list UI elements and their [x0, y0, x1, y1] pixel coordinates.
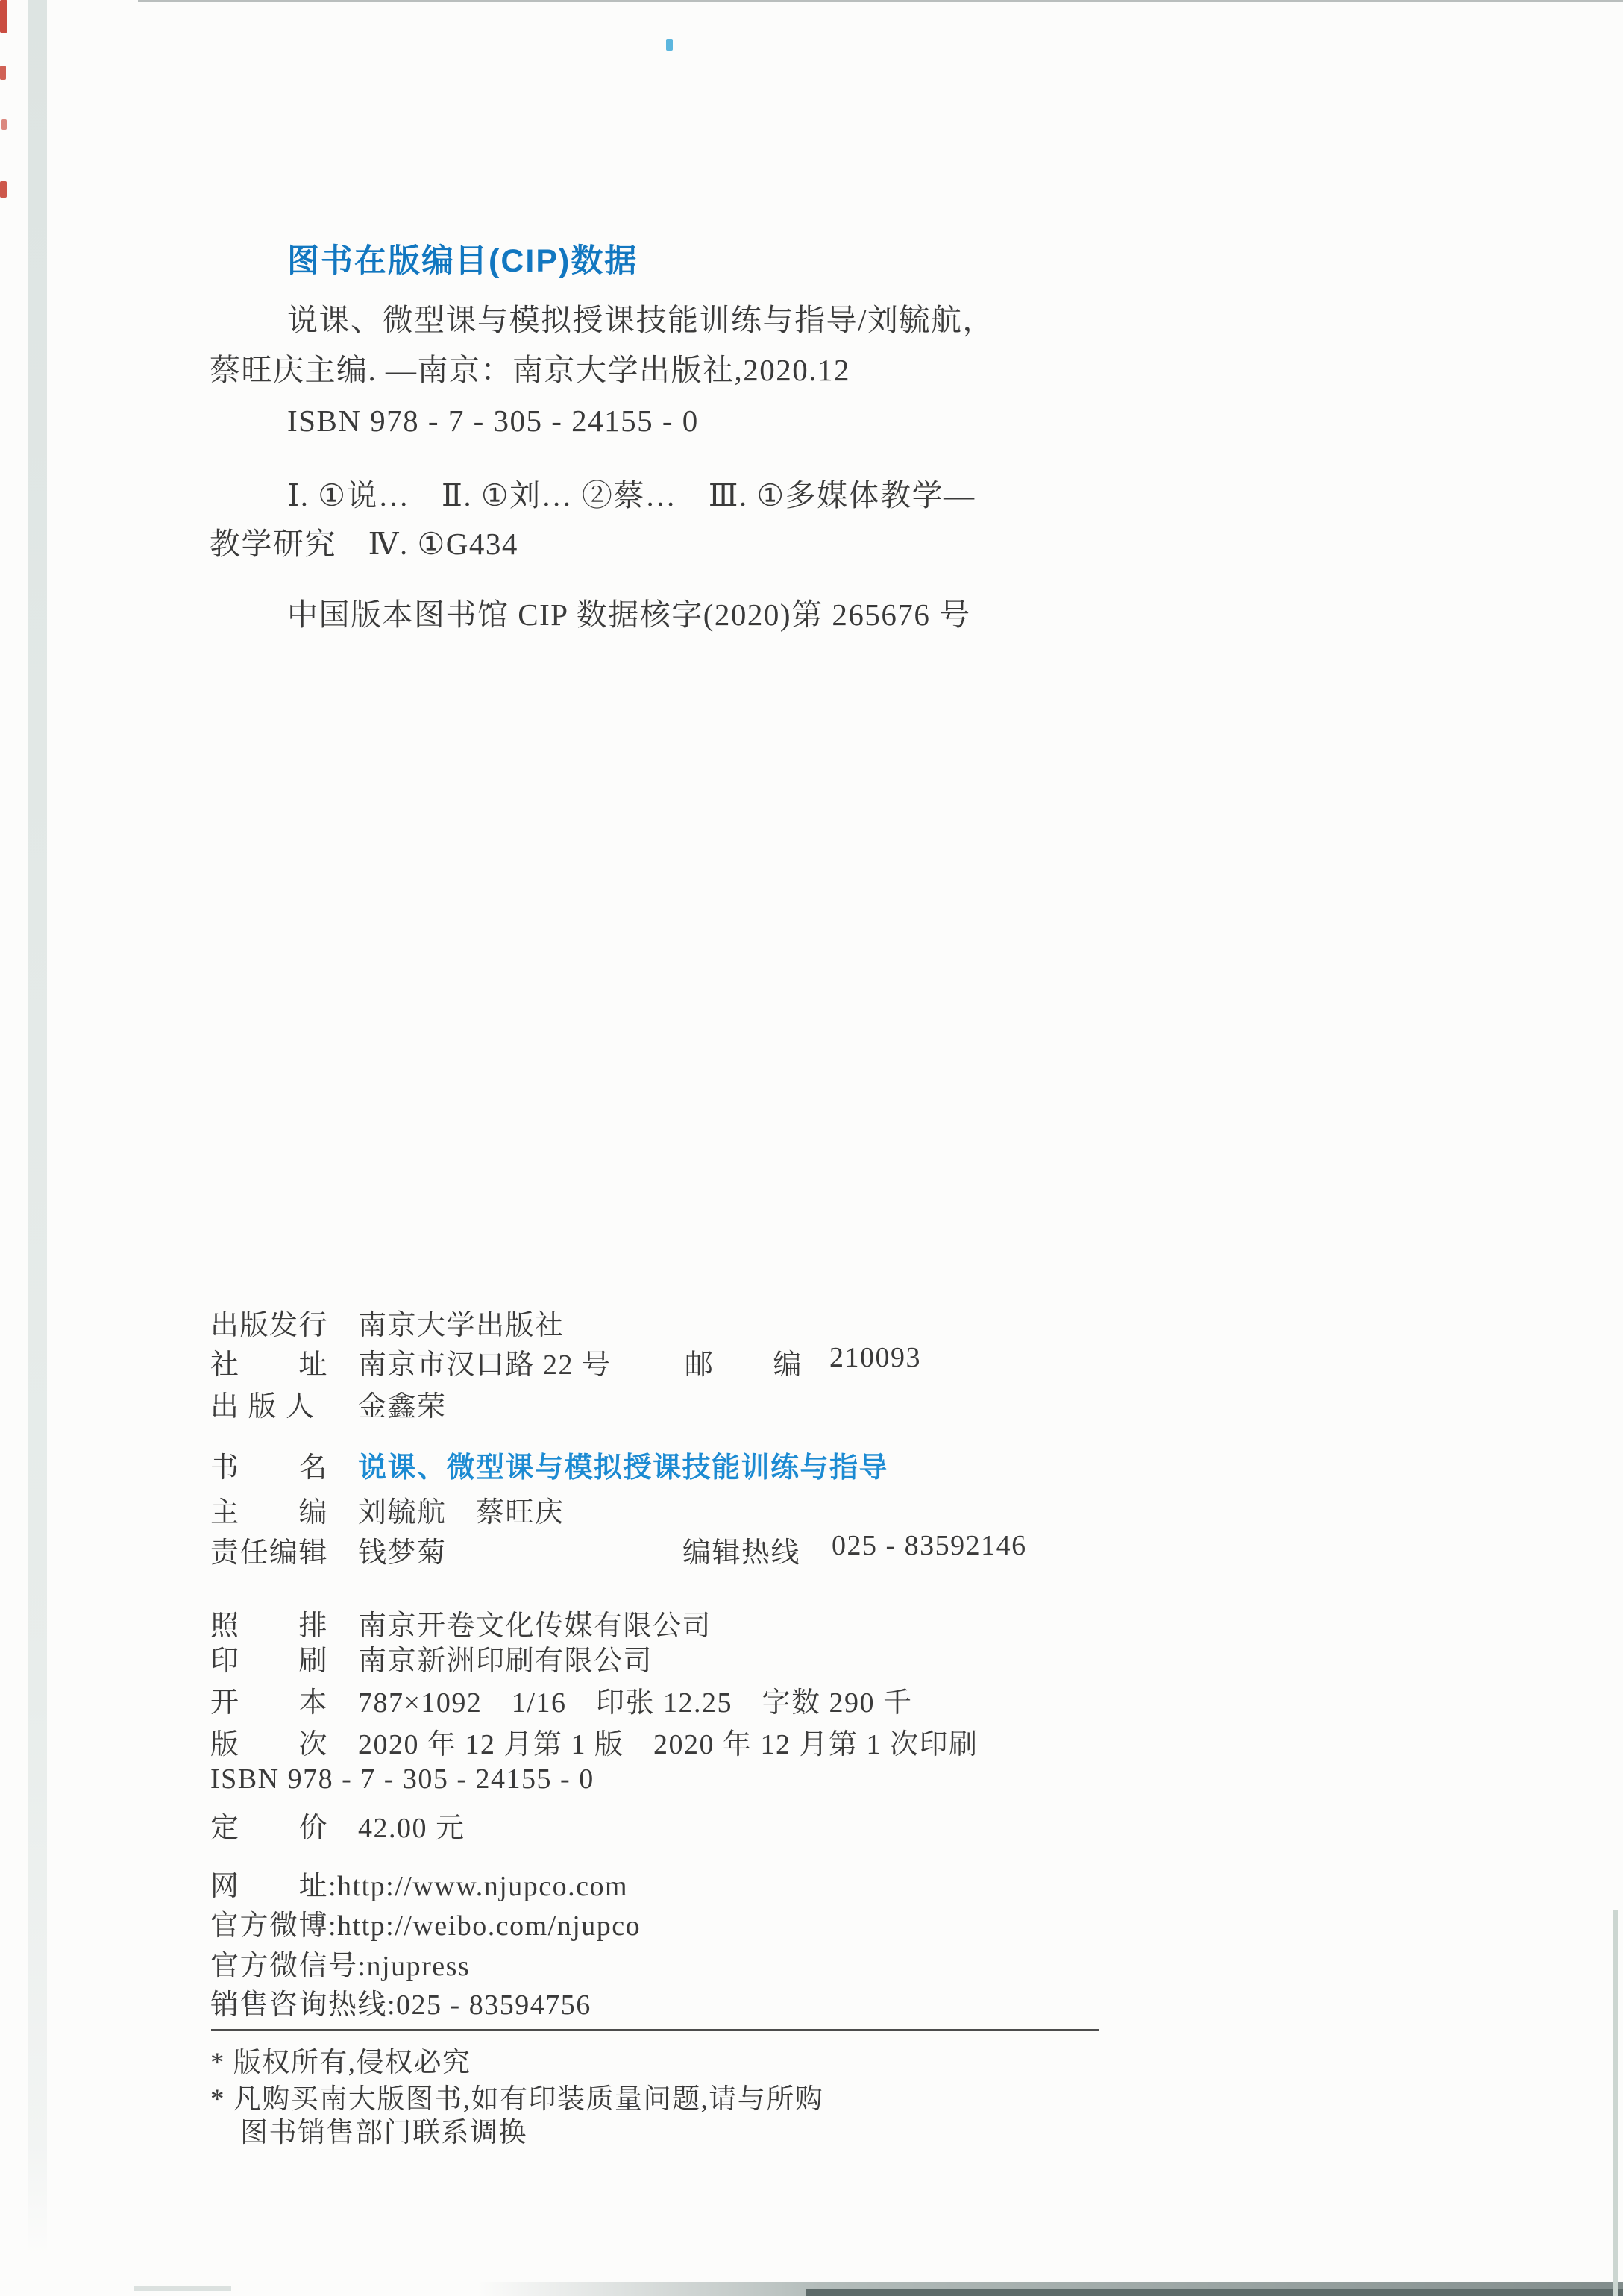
website-line: 网 址:http://www.njupco.com [210, 1871, 628, 1904]
cip-description-line2: 蔡旺庆主编. —南京：南京大学出版社,2020.12 [210, 353, 850, 388]
editor-hotline-value: 025 - 83592146 [832, 1529, 1027, 1562]
scan-edge-bottom-dark-band [806, 2289, 1623, 2296]
publisher-person-label: 出 版 人 [210, 1383, 316, 1424]
colophon-row-printing: 印 刷 南京新洲印刷有限公司 [0, 1637, 1623, 1675]
colophon-row-book-title: 书 名 说课、微型课与模拟授课技能训练与指导 [0, 1444, 1623, 1481]
colophon-row-publisher: 出版发行 南京大学出版社 [0, 1302, 1623, 1339]
cip-description-line1: 说课、微型课与模拟授课技能训练与指导/刘毓航， [287, 303, 994, 338]
wechat-line: 官方微信号:njupress [210, 1951, 470, 1983]
divider-rule [211, 2029, 1099, 2031]
price-label: 定 价 [210, 1804, 328, 1845]
colophon-isbn: ISBN 978 - 7 - 305 - 24155 - 0 [210, 1763, 594, 1795]
quality-notice-line1: * 凡购买南大版图书,如有印装质量问题,请与所购 [210, 2084, 823, 2116]
edition-label: 版 次 [210, 1721, 328, 1762]
scan-edge-top-line [138, 0, 1623, 2]
colophon-row-price: 定 价 42.00 元 [0, 1804, 1623, 1842]
chief-editors-label: 主 编 [210, 1489, 328, 1530]
colophon-row-publisher-person: 出 版 人 金鑫荣 [0, 1383, 1623, 1420]
colophon-row-responsible-editor: 责任编辑 钱梦菊 编辑热线 025 - 83592146 [0, 1529, 1623, 1566]
printing-value: 南京新洲印刷有限公司 [358, 1637, 653, 1678]
book-title-label: 书 名 [210, 1444, 328, 1485]
responsible-editor-label: 责任编辑 [210, 1529, 328, 1570]
cip-classification-line2: 教学研究 Ⅳ. ①G434 [210, 527, 518, 562]
chief-editors-value: 刘毓航 蔡旺庆 [358, 1489, 565, 1530]
colophon-row-format: 开 本 787×1092 1/16 印张 12.25 字数 290 千 [0, 1679, 1623, 1716]
responsible-editor-value: 钱梦菊 [358, 1529, 447, 1570]
scan-red-mark-3 [1, 119, 7, 130]
editor-hotline-label: 编辑热线 [682, 1529, 800, 1570]
printing-label: 印 刷 [210, 1637, 328, 1678]
scan-cyan-speck [666, 39, 673, 51]
postcode-label: 邮 编 [685, 1341, 803, 1382]
scan-red-mark-4 [0, 181, 7, 198]
publisher-label: 出版发行 [210, 1302, 328, 1343]
colophon-row-edition: 版 次 2020 年 12 月第 1 版 2020 年 12 月第 1 次印刷 [0, 1721, 1623, 1758]
publisher-person-value: 金鑫荣 [358, 1383, 447, 1424]
cip-record-line: 中国版本图书馆 CIP 数据核字(2020)第 265676 号 [287, 597, 971, 633]
scan-red-mark-1 [0, 0, 7, 33]
postcode-value: 210093 [829, 1341, 921, 1374]
quality-notice-line2: 图书销售部门联系调换 [240, 2118, 527, 2150]
cip-heading: 图书在版编目(CIP)数据 [287, 243, 638, 280]
weibo-line: 官方微博:http://weibo.com/njupco [210, 1910, 641, 1943]
colophon-row-chief-editors: 主 编 刘毓航 蔡旺庆 [0, 1489, 1623, 1526]
colophon-row-isbn: ISBN 978 - 7 - 305 - 24155 - 0 [0, 1763, 1623, 1800]
sales-hotline-line: 销售咨询热线:025 - 83594756 [210, 1989, 591, 2022]
format-value: 787×1092 1/16 印张 12.25 字数 290 千 [358, 1679, 913, 1720]
scan-edge-left-strip [28, 0, 47, 2256]
address-value: 南京市汉口路 22 号 [358, 1341, 612, 1382]
scan-red-mark-2 [0, 66, 6, 80]
address-label: 社 址 [210, 1341, 328, 1382]
format-label: 开 本 [210, 1679, 328, 1720]
cip-isbn-line: ISBN 978 - 7 - 305 - 24155 - 0 [287, 404, 699, 439]
colophon-row-typesetting: 照 排 南京开卷文化传媒有限公司 [0, 1602, 1623, 1640]
colophon-row-address: 社 址 南京市汉口路 22 号 邮 编 210093 [0, 1341, 1623, 1378]
scan-edge-bottom-left-dash [134, 2286, 231, 2291]
cip-classification-line1: Ⅰ. ①说… Ⅱ. ①刘… ②蔡… Ⅲ. ①多媒体教学— [287, 478, 976, 513]
copyright-page: 图书在版编目(CIP)数据 说课、微型课与模拟授课技能训练与指导/刘毓航， 蔡旺… [0, 0, 1623, 2296]
scan-edge-right-line [1613, 1910, 1618, 2296]
copyright-notice: * 版权所有,侵权必究 [210, 2048, 471, 2080]
book-title-value: 说课、微型课与模拟授课技能训练与指导 [358, 1444, 888, 1485]
price-value: 42.00 元 [358, 1804, 465, 1845]
edition-value: 2020 年 12 月第 1 版 2020 年 12 月第 1 次印刷 [358, 1721, 979, 1762]
publisher-value: 南京大学出版社 [358, 1302, 565, 1343]
